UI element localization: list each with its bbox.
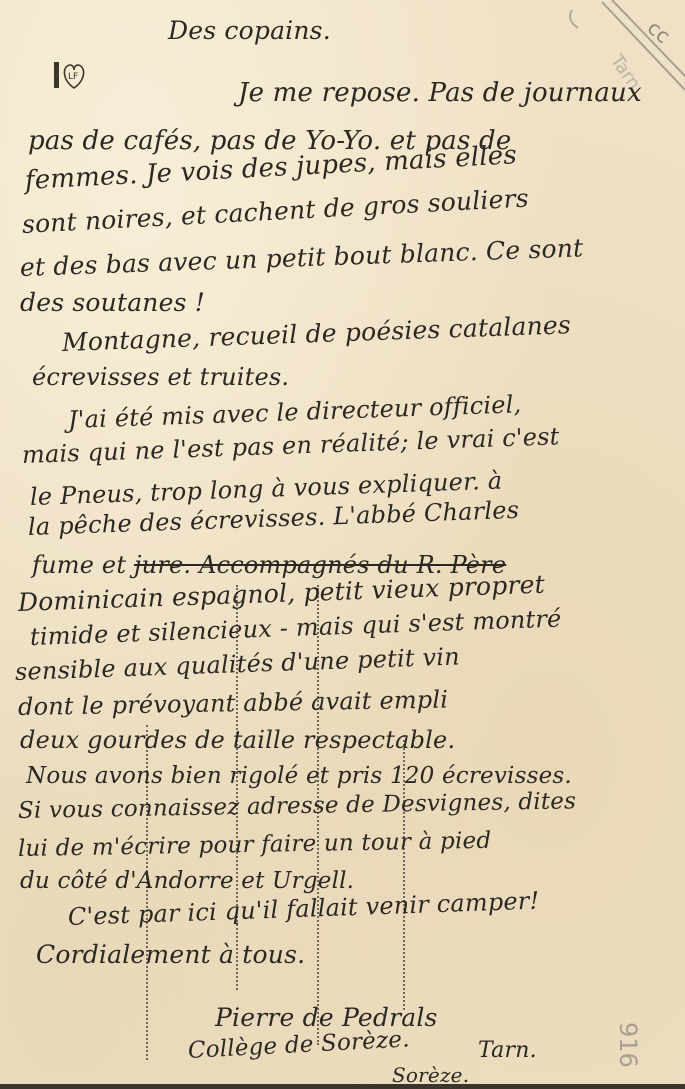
letter-line: Montagne, recueil de poésies catalanes [62,312,572,355]
letter-line: Je me repose. Pas de journaux [238,80,642,106]
letter-greeting: Des copains. [168,18,331,43]
scan-bottom-edge [0,1084,685,1089]
letter-line: deux gourdes de taille respectable. [20,728,455,752]
letter-closing: Cordialement à tous. [36,942,305,967]
svg-text:LF: LF [68,72,78,82]
letter-line-text: fume et [32,551,126,579]
letter-line: Nous avons bien rigolé et pris 120 écrev… [26,765,572,788]
signature-address: Collège de Sorèze. [187,1028,410,1063]
letter-line: lui de m'écrire pour faire un tour à pie… [18,830,492,861]
letter-line: Si vous connaissez adresse de Desvignes,… [18,790,577,823]
letter-line: des soutanes ! [20,290,205,315]
letter-line: sensible aux qualités d'une petit vin [15,644,461,684]
postcard-back: LF cc Tarn Des copains. Je me repose. Pa… [0,0,685,1084]
letter-line: écrevisses et truites. [32,365,289,389]
pencil-archive-number: 916 [614,1022,642,1068]
signature-region: Tarn. [478,1040,537,1062]
letter-line: dont le prévoyant abbé avait empli [18,687,449,719]
letter-line: du côté d'Andorre et Urgell. [20,870,354,893]
letter-line: sont noires, et cachent de gros souliers [21,185,529,237]
signature-town: Sorèze. [392,1065,469,1084]
svg-text:cc: cc [643,15,675,48]
letter-line: C'est par ici qu'il fallait venir camper… [68,889,540,929]
letter-line: et des bas avec un petit bout blanc. Ce … [20,235,584,280]
publisher-logo-icon: LF [54,60,94,90]
